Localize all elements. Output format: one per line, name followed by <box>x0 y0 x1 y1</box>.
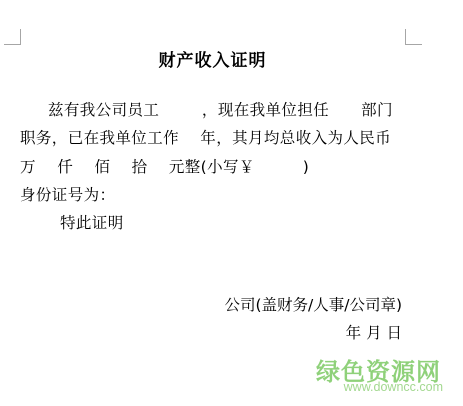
body-line-certification: 特此证明 <box>60 214 124 232</box>
page-corner-mark-right <box>405 29 422 45</box>
body-line-amount: 万 仟 佰 拾 元整(小写￥ ) <box>20 158 309 176</box>
page-corner-mark-left <box>4 29 21 45</box>
signature-company-stamp: 公司(盖财务/人事/公司章) <box>224 296 402 314</box>
body-line-tenure-income: 职务，已在我单位工作 年，其月均总收入为人民币 <box>20 129 391 147</box>
signature-date: 年 月 日 <box>346 324 402 342</box>
watermark-url: www.downcc.com <box>344 380 443 394</box>
body-line-id-number: 身份证号为： <box>20 186 115 204</box>
body-line-employee: 兹有我公司员工 ，现在我单位担任 部门 <box>48 101 393 119</box>
document-title: 财产收入证明 <box>0 46 425 71</box>
